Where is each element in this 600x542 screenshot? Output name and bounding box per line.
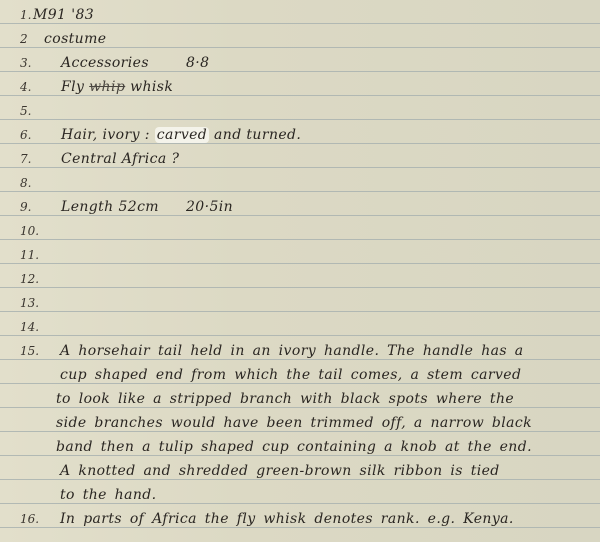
description-continuation: to the hand. [0,482,600,506]
description-line: A horsehair tail held in an ivory handle… [60,343,524,359]
entry-line-11: 11. [0,242,600,266]
description-continuation: to look like a stripped branch with blac… [0,386,600,410]
line-number: 1. [20,8,31,22]
description-continuation: cup shaped end from which the tail comes… [0,362,600,386]
object-name-first: Fly [61,79,84,95]
description-continuation: side branches would have been trimmed of… [0,410,600,434]
line-number: 9. [20,200,31,214]
entry-line-15: 15. A horsehair tail held in an ivory ha… [0,338,600,362]
line-number: 14. [20,320,39,334]
category: costume [44,31,106,47]
provenance: Central Africa ? [61,151,179,167]
entry-line-16: 16. In parts of Africa the fly whisk den… [0,506,600,530]
entry-line-1: 1. M91 '83 [0,2,600,26]
entry-line-2: 2 costume [0,26,600,50]
description-continuation: band then a tulip shaped cup containing … [0,434,600,458]
description-line: cup shaped end from which the tail comes… [60,367,521,383]
materials-text: Hair, ivory : [61,127,150,143]
description-line: A knotted and shredded green-brown silk … [60,463,500,479]
dimensions-metric: Length 52cm [61,199,159,215]
struck-word: whip [89,79,125,95]
line-number: 15. [20,344,39,358]
entry-line-14: 14. [0,314,600,338]
line-number: 6. [20,128,31,142]
line-number: 5. [20,104,31,118]
accession-number: M91 '83 [33,7,94,23]
entry-line-6: 6. Hair, ivory : carved and turned. [0,122,600,146]
materials: Hair, ivory : carved and turned. [61,127,301,143]
object-name: Fly whip whisk [61,79,173,95]
line-number: 8. [20,176,31,190]
line-number: 12. [20,272,39,286]
entry-line-7: 7. Central Africa ? [0,146,600,170]
line-number: 4. [20,80,31,94]
description-line: to look like a stripped branch with blac… [56,391,514,407]
entry-line-12: 12. [0,266,600,290]
notes-line: In parts of Africa the fly whisk denotes… [60,511,514,527]
dimensions-imperial: 20·5in [186,199,233,215]
line-number: 2 [20,32,28,46]
entry-line-5: 5. [0,98,600,122]
corrected-word: carved [155,127,209,143]
description-line: side branches would have been trimmed of… [56,415,532,431]
entry-line-9: 9. Length 52cm 20·5in [0,194,600,218]
description-line: to the hand. [60,487,156,503]
line-number: 10. [20,224,39,238]
entry-line-10: 10. [0,218,600,242]
line-number: 13. [20,296,39,310]
catalogue-card: 1. M91 '83 2 costume 3. Accessories 8·8 … [0,0,600,542]
entry-line-3: 3. Accessories 8·8 [0,50,600,74]
description-continuation: A knotted and shredded green-brown silk … [0,458,600,482]
entry-line-13: 13. [0,290,600,314]
line-number: 11. [20,248,39,262]
line-number: 3. [20,56,31,70]
line-number: 16. [20,512,39,526]
entry-line-8: 8. [0,170,600,194]
subcategory: Accessories [61,55,149,71]
object-name-correction: whisk [130,79,173,95]
class-code: 8·8 [186,55,209,71]
line-number: 7. [20,152,31,166]
description-line: band then a tulip shaped cup containing … [56,439,532,455]
entry-line-4: 4. Fly whip whisk [0,74,600,98]
technique-text: and turned. [214,127,301,143]
